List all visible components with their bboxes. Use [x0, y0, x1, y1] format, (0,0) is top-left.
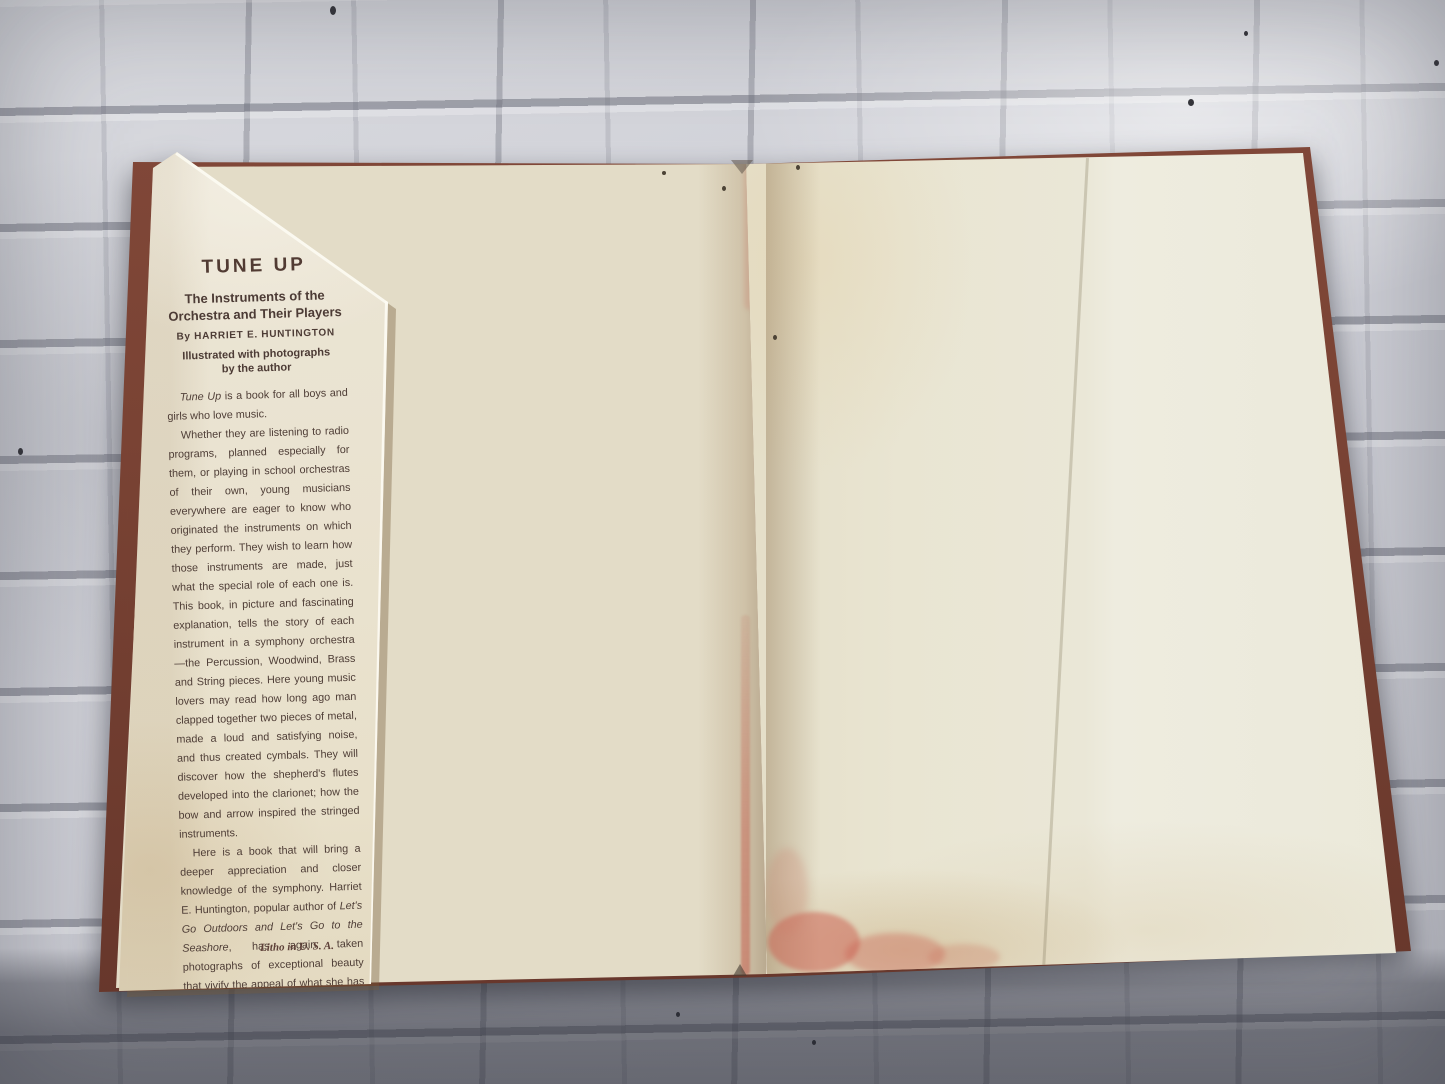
open-book: TUNE UP The Instruments of the Orchestra…	[0, 0, 1445, 1084]
page-speck	[722, 186, 726, 191]
flap-description: Tune Up is a book for all boys and girls…	[167, 384, 367, 1073]
flap-paragraph: Whether they are listening to radio prog…	[168, 422, 361, 845]
flap-paragraph: Tune Up is a book for all boys and girls…	[167, 384, 349, 427]
book-photo-scene: TUNE UP The Instruments of the Orchestra…	[0, 0, 1445, 1084]
page-speck	[796, 165, 800, 170]
book-subtitle: The Instruments of the Orchestra and The…	[164, 286, 346, 325]
pink-water-stain	[766, 848, 808, 934]
illustration-credit: Illustrated with photographs by the auth…	[166, 345, 348, 378]
page-speck	[662, 171, 666, 175]
red-stain-streak	[741, 615, 750, 975]
author-byline: By HARRIET E. HUNTINGTON	[165, 327, 346, 343]
paste-down-crease	[1042, 158, 1089, 969]
page-speck	[773, 335, 777, 340]
book-title: TUNE UP	[163, 253, 345, 280]
subtitle-line-2: Orchestra and Their Players	[164, 303, 345, 325]
pink-water-stain	[928, 944, 1000, 970]
flap-paragraph: Here is a book that will bring a deeper …	[179, 840, 366, 1073]
